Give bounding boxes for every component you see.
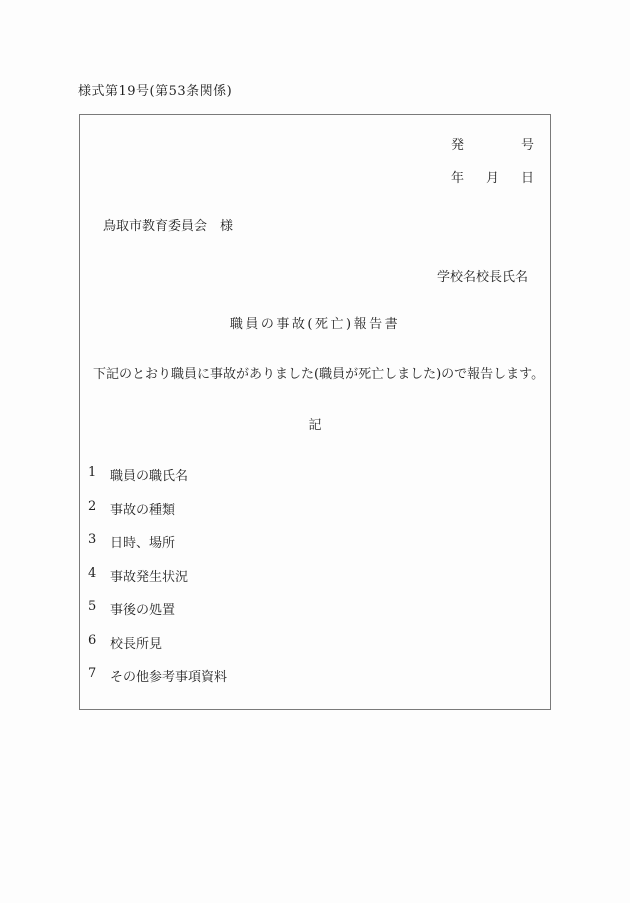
issue-number-line: 発号	[451, 134, 534, 153]
document-page: 様式第19号(第53条関係) 発号 年月日 鳥取市教育委員会 様 学校名校長氏名…	[0, 0, 630, 903]
year-label: 年	[451, 171, 464, 186]
item-label: 職員の職氏名	[110, 465, 188, 484]
list-item: 7 その他参考事項資料	[80, 666, 550, 700]
item-label: 日時、場所	[110, 532, 175, 551]
issue-prefix-label: 発	[451, 138, 464, 153]
item-label: 事後の処置	[110, 599, 175, 618]
list-item: 2 事故の種類	[80, 499, 550, 533]
list-item: 5 事後の処置	[80, 599, 550, 633]
list-item: 3 日時、場所	[80, 532, 550, 566]
date-line: 年月日	[451, 167, 534, 186]
sender-line: 学校名校長氏名	[437, 266, 528, 285]
month-label: 月	[486, 171, 499, 186]
item-number: 1	[88, 465, 96, 480]
item-number: 7	[88, 666, 96, 681]
day-label: 日	[521, 171, 534, 186]
record-marker: 記	[80, 414, 550, 433]
item-list: 1 職員の職氏名 2 事故の種類 3 日時、場所 4 事故発生状況 5 事後の処…	[80, 465, 550, 700]
item-number: 4	[88, 566, 96, 581]
item-label: 事故発生状況	[110, 566, 188, 585]
document-title: 職員の事故(死亡)報告書	[80, 313, 550, 332]
issue-suffix-label: 号	[521, 138, 534, 153]
item-label: その他参考事項資料	[110, 666, 227, 685]
item-label: 事故の種類	[110, 499, 175, 518]
list-item: 1 職員の職氏名	[80, 465, 550, 499]
notice-text: 下記のとおり職員に事故がありました(職員が死亡しました)ので報告します。	[93, 363, 544, 382]
report-form-frame: 発号 年月日 鳥取市教育委員会 様 学校名校長氏名 職員の事故(死亡)報告書 下…	[79, 114, 551, 710]
form-number-label: 様式第19号(第53条関係)	[78, 80, 232, 99]
item-number: 3	[88, 532, 96, 547]
item-number: 2	[88, 499, 96, 514]
item-number: 6	[88, 633, 96, 648]
item-label: 校長所見	[110, 633, 162, 652]
item-number: 5	[88, 599, 96, 614]
addressee-line: 鳥取市教育委員会 様	[103, 215, 233, 234]
list-item: 4 事故発生状況	[80, 566, 550, 600]
list-item: 6 校長所見	[80, 633, 550, 667]
